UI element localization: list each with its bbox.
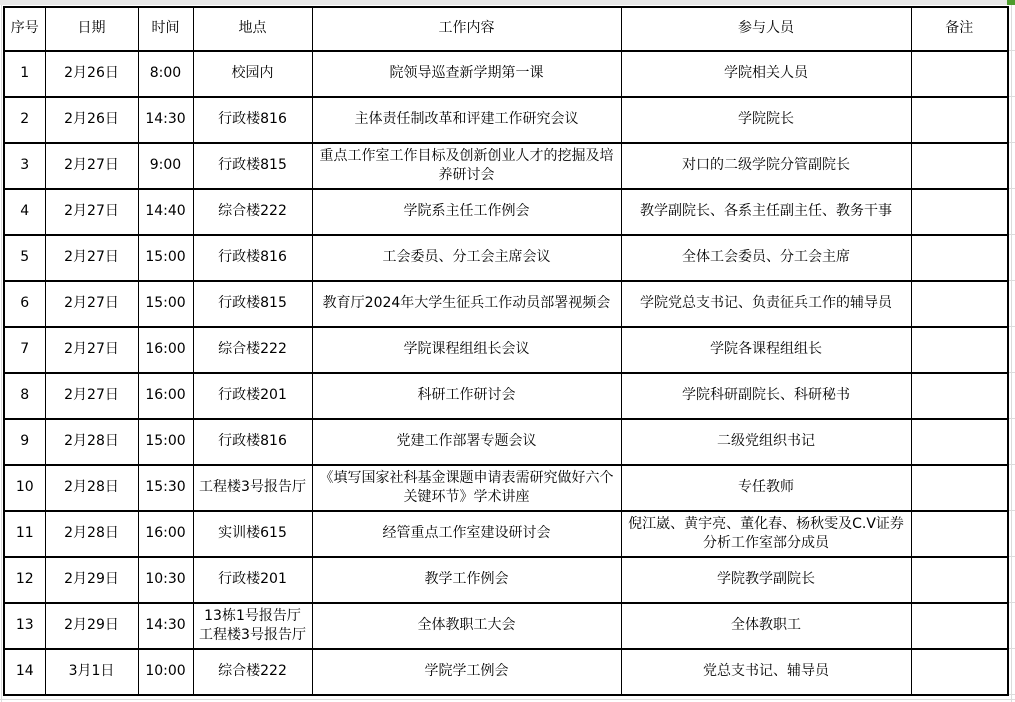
- cell-content[interactable]: 院领导巡查新学期第一课: [312, 51, 621, 97]
- cell-remark[interactable]: [911, 281, 1008, 327]
- header-cell-remark[interactable]: 备注: [911, 7, 1008, 51]
- cell-time[interactable]: 15:00: [138, 235, 193, 281]
- cell-content[interactable]: 教育厅2024年大学生征兵工作动员部署视频会: [312, 281, 621, 327]
- table-row: 2 2月26日 14:30 行政楼816 主体责任制改革和评建工作研究会议 学院…: [4, 97, 1008, 143]
- cell-participants[interactable]: 学院党总支书记、负责征兵工作的辅导员: [621, 281, 911, 327]
- cell-no[interactable]: 1: [4, 51, 45, 97]
- spreadsheet-canvas: 序号日期时间地点工作内容参与人员备注 1 2月26日 8:00 校园内 院领导巡…: [0, 0, 1015, 702]
- cell-location[interactable]: 行政楼816: [193, 235, 312, 281]
- cell-date[interactable]: 2月26日: [45, 51, 138, 97]
- cell-content[interactable]: 经管重点工作室建设研讨会: [312, 511, 621, 557]
- cell-remark[interactable]: [911, 465, 1008, 511]
- sheet-gridline-right: [1011, 5, 1012, 702]
- cell-content[interactable]: 工会委员、分工会主席会议: [312, 235, 621, 281]
- cell-participants[interactable]: 教学副院长、各系主任副主任、教务干事: [621, 189, 911, 235]
- header-cell-location[interactable]: 地点: [193, 7, 312, 51]
- table-row: 9 2月28日 15:00 行政楼816 党建工作部署专题会议 二级党组织书记: [4, 419, 1008, 465]
- cell-content[interactable]: 学院系主任工作例会: [312, 189, 621, 235]
- cell-no[interactable]: 14: [4, 649, 45, 695]
- table-row: 6 2月27日 15:00 行政楼815 教育厅2024年大学生征兵工作动员部署…: [4, 281, 1008, 327]
- cell-no[interactable]: 7: [4, 327, 45, 373]
- cell-remark[interactable]: [911, 603, 1008, 649]
- cell-time[interactable]: 15:00: [138, 419, 193, 465]
- cell-no[interactable]: 4: [4, 189, 45, 235]
- cell-date[interactable]: 2月27日: [45, 327, 138, 373]
- cell-remark[interactable]: [911, 419, 1008, 465]
- cell-location[interactable]: 综合楼222: [193, 189, 312, 235]
- cell-date[interactable]: 2月28日: [45, 465, 138, 511]
- table-row: 7 2月27日 16:00 综合楼222 学院课程组组长会议 学院各课程组组长: [4, 327, 1008, 373]
- cell-content[interactable]: 教学工作例会: [312, 557, 621, 603]
- sheet-gridline-left: [1, 5, 2, 702]
- cell-participants[interactable]: 学院教学副院长: [621, 557, 911, 603]
- header-cell-participants[interactable]: 参与人员: [621, 7, 911, 51]
- header-cell-no[interactable]: 序号: [4, 7, 45, 51]
- cell-date[interactable]: 2月29日: [45, 603, 138, 649]
- cell-remark[interactable]: [911, 189, 1008, 235]
- sheet-top-gridline-strip: [0, 0, 1007, 5]
- cell-location[interactable]: 行政楼815: [193, 281, 312, 327]
- cell-location[interactable]: 13栋1号报告厅 工程楼3号报告厅: [193, 603, 312, 649]
- cell-location[interactable]: 校园内: [193, 51, 312, 97]
- cell-time[interactable]: 16:00: [138, 327, 193, 373]
- cell-date[interactable]: 2月27日: [45, 189, 138, 235]
- cell-location[interactable]: 行政楼816: [193, 97, 312, 143]
- cell-remark[interactable]: [911, 649, 1008, 695]
- cell-content[interactable]: 《填写国家社科基金课题申请表需研究做好六个关键环节》学术讲座: [312, 465, 621, 511]
- cell-participants[interactable]: 对口的二级学院分管副院长: [621, 143, 911, 189]
- cell-date[interactable]: 3月1日: [45, 649, 138, 695]
- cell-remark[interactable]: [911, 511, 1008, 557]
- cell-location[interactable]: 行政楼816: [193, 419, 312, 465]
- cell-no[interactable]: 3: [4, 143, 45, 189]
- cell-time[interactable]: 16:00: [138, 511, 193, 557]
- header-cell-content[interactable]: 工作内容: [312, 7, 621, 51]
- cell-participants[interactable]: 全体工会委员、分工会主席: [621, 235, 911, 281]
- cell-time[interactable]: 14:30: [138, 603, 193, 649]
- cell-content[interactable]: 党建工作部署专题会议: [312, 419, 621, 465]
- cell-location[interactable]: 综合楼222: [193, 327, 312, 373]
- cell-time[interactable]: 15:00: [138, 281, 193, 327]
- sheet-gridline-bottom: [0, 699, 1015, 700]
- table-row: 5 2月27日 15:00 行政楼816 工会委员、分工会主席会议 全体工会委员…: [4, 235, 1008, 281]
- cell-date[interactable]: 2月27日: [45, 281, 138, 327]
- cell-no[interactable]: 6: [4, 281, 45, 327]
- cell-no[interactable]: 11: [4, 511, 45, 557]
- table-row: 3 2月27日 9:00 行政楼815 重点工作室工作目标及创新创业人才的挖掘及…: [4, 143, 1008, 189]
- table-row: 12 2月29日 10:30 行政楼201 教学工作例会 学院教学副院长: [4, 557, 1008, 603]
- cell-participants[interactable]: 党总支书记、辅导员: [621, 649, 911, 695]
- cell-date[interactable]: 2月27日: [45, 373, 138, 419]
- cell-time[interactable]: 15:30: [138, 465, 193, 511]
- cell-remark[interactable]: [911, 373, 1008, 419]
- table-row: 11 2月28日 16:00 实训楼615 经管重点工作室建设研讨会 倪江崴、黄…: [4, 511, 1008, 557]
- cell-content[interactable]: 全体教职工大会: [312, 603, 621, 649]
- table-row: 14 3月1日 10:00 综合楼222 学院学工例会 党总支书记、辅导员: [4, 649, 1008, 695]
- cell-location[interactable]: 综合楼222: [193, 649, 312, 695]
- cell-remark[interactable]: [911, 97, 1008, 143]
- cell-location[interactable]: 实训楼615: [193, 511, 312, 557]
- cell-content[interactable]: 学院学工例会: [312, 649, 621, 695]
- cell-time[interactable]: 10:00: [138, 649, 193, 695]
- cell-participants[interactable]: 学院各课程组组长: [621, 327, 911, 373]
- cell-no[interactable]: 10: [4, 465, 45, 511]
- cell-no[interactable]: 5: [4, 235, 45, 281]
- cell-participants[interactable]: 倪江崴、黄宇亮、董化春、杨秋雯及C.V证券分析工作室部分成员: [621, 511, 911, 557]
- cell-participants[interactable]: 学院科研副院长、科研秘书: [621, 373, 911, 419]
- cell-time[interactable]: 9:00: [138, 143, 193, 189]
- cell-location[interactable]: 行政楼201: [193, 373, 312, 419]
- cell-date[interactable]: 2月27日: [45, 143, 138, 189]
- table-row: 4 2月27日 14:40 综合楼222 学院系主任工作例会 教学副院长、各系主…: [4, 189, 1008, 235]
- cell-remark[interactable]: [911, 143, 1008, 189]
- table-header-row: 序号日期时间地点工作内容参与人员备注: [4, 7, 1008, 51]
- table-row: 8 2月27日 16:00 行政楼201 科研工作研讨会 学院科研副院长、科研秘…: [4, 373, 1008, 419]
- cell-content[interactable]: 主体责任制改革和评建工作研究会议: [312, 97, 621, 143]
- cell-location[interactable]: 工程楼3号报告厅: [193, 465, 312, 511]
- cell-date[interactable]: 2月29日: [45, 557, 138, 603]
- cell-time[interactable]: 10:30: [138, 557, 193, 603]
- cell-date[interactable]: 2月27日: [45, 235, 138, 281]
- header-cell-date[interactable]: 日期: [45, 7, 138, 51]
- cell-remark[interactable]: [911, 51, 1008, 97]
- cell-time[interactable]: 8:00: [138, 51, 193, 97]
- cell-content[interactable]: 学院课程组组长会议: [312, 327, 621, 373]
- cell-date[interactable]: 2月28日: [45, 419, 138, 465]
- cell-participants[interactable]: 全体教职工: [621, 603, 911, 649]
- cell-time[interactable]: 16:00: [138, 373, 193, 419]
- cell-participants[interactable]: 专任教师: [621, 465, 911, 511]
- header-cell-time[interactable]: 时间: [138, 7, 193, 51]
- cell-no[interactable]: 12: [4, 557, 45, 603]
- cell-date[interactable]: 2月26日: [45, 97, 138, 143]
- cell-no[interactable]: 2: [4, 97, 45, 143]
- cell-remark[interactable]: [911, 327, 1008, 373]
- cell-time[interactable]: 14:30: [138, 97, 193, 143]
- cell-content[interactable]: 重点工作室工作目标及创新创业人才的挖掘及培养研讨会: [312, 143, 621, 189]
- cell-participants[interactable]: 学院相关人员: [621, 51, 911, 97]
- table-row: 10 2月28日 15:30 工程楼3号报告厅 《填写国家社科基金课题申请表需研…: [4, 465, 1008, 511]
- cell-remark[interactable]: [911, 557, 1008, 603]
- cell-participants[interactable]: 二级党组织书记: [621, 419, 911, 465]
- work-schedule-table: 序号日期时间地点工作内容参与人员备注 1 2月26日 8:00 校园内 院领导巡…: [3, 6, 1009, 696]
- cell-location[interactable]: 行政楼201: [193, 557, 312, 603]
- table-row: 1 2月26日 8:00 校园内 院领导巡查新学期第一课 学院相关人员: [4, 51, 1008, 97]
- cell-no[interactable]: 13: [4, 603, 45, 649]
- cell-content[interactable]: 科研工作研讨会: [312, 373, 621, 419]
- cell-remark[interactable]: [911, 235, 1008, 281]
- cell-location[interactable]: 行政楼815: [193, 143, 312, 189]
- cell-date[interactable]: 2月28日: [45, 511, 138, 557]
- cell-no[interactable]: 8: [4, 373, 45, 419]
- cell-no[interactable]: 9: [4, 419, 45, 465]
- table-row: 13 2月29日 14:30 13栋1号报告厅 工程楼3号报告厅 全体教职工大会…: [4, 603, 1008, 649]
- cell-participants[interactable]: 学院院长: [621, 97, 911, 143]
- cell-time[interactable]: 14:40: [138, 189, 193, 235]
